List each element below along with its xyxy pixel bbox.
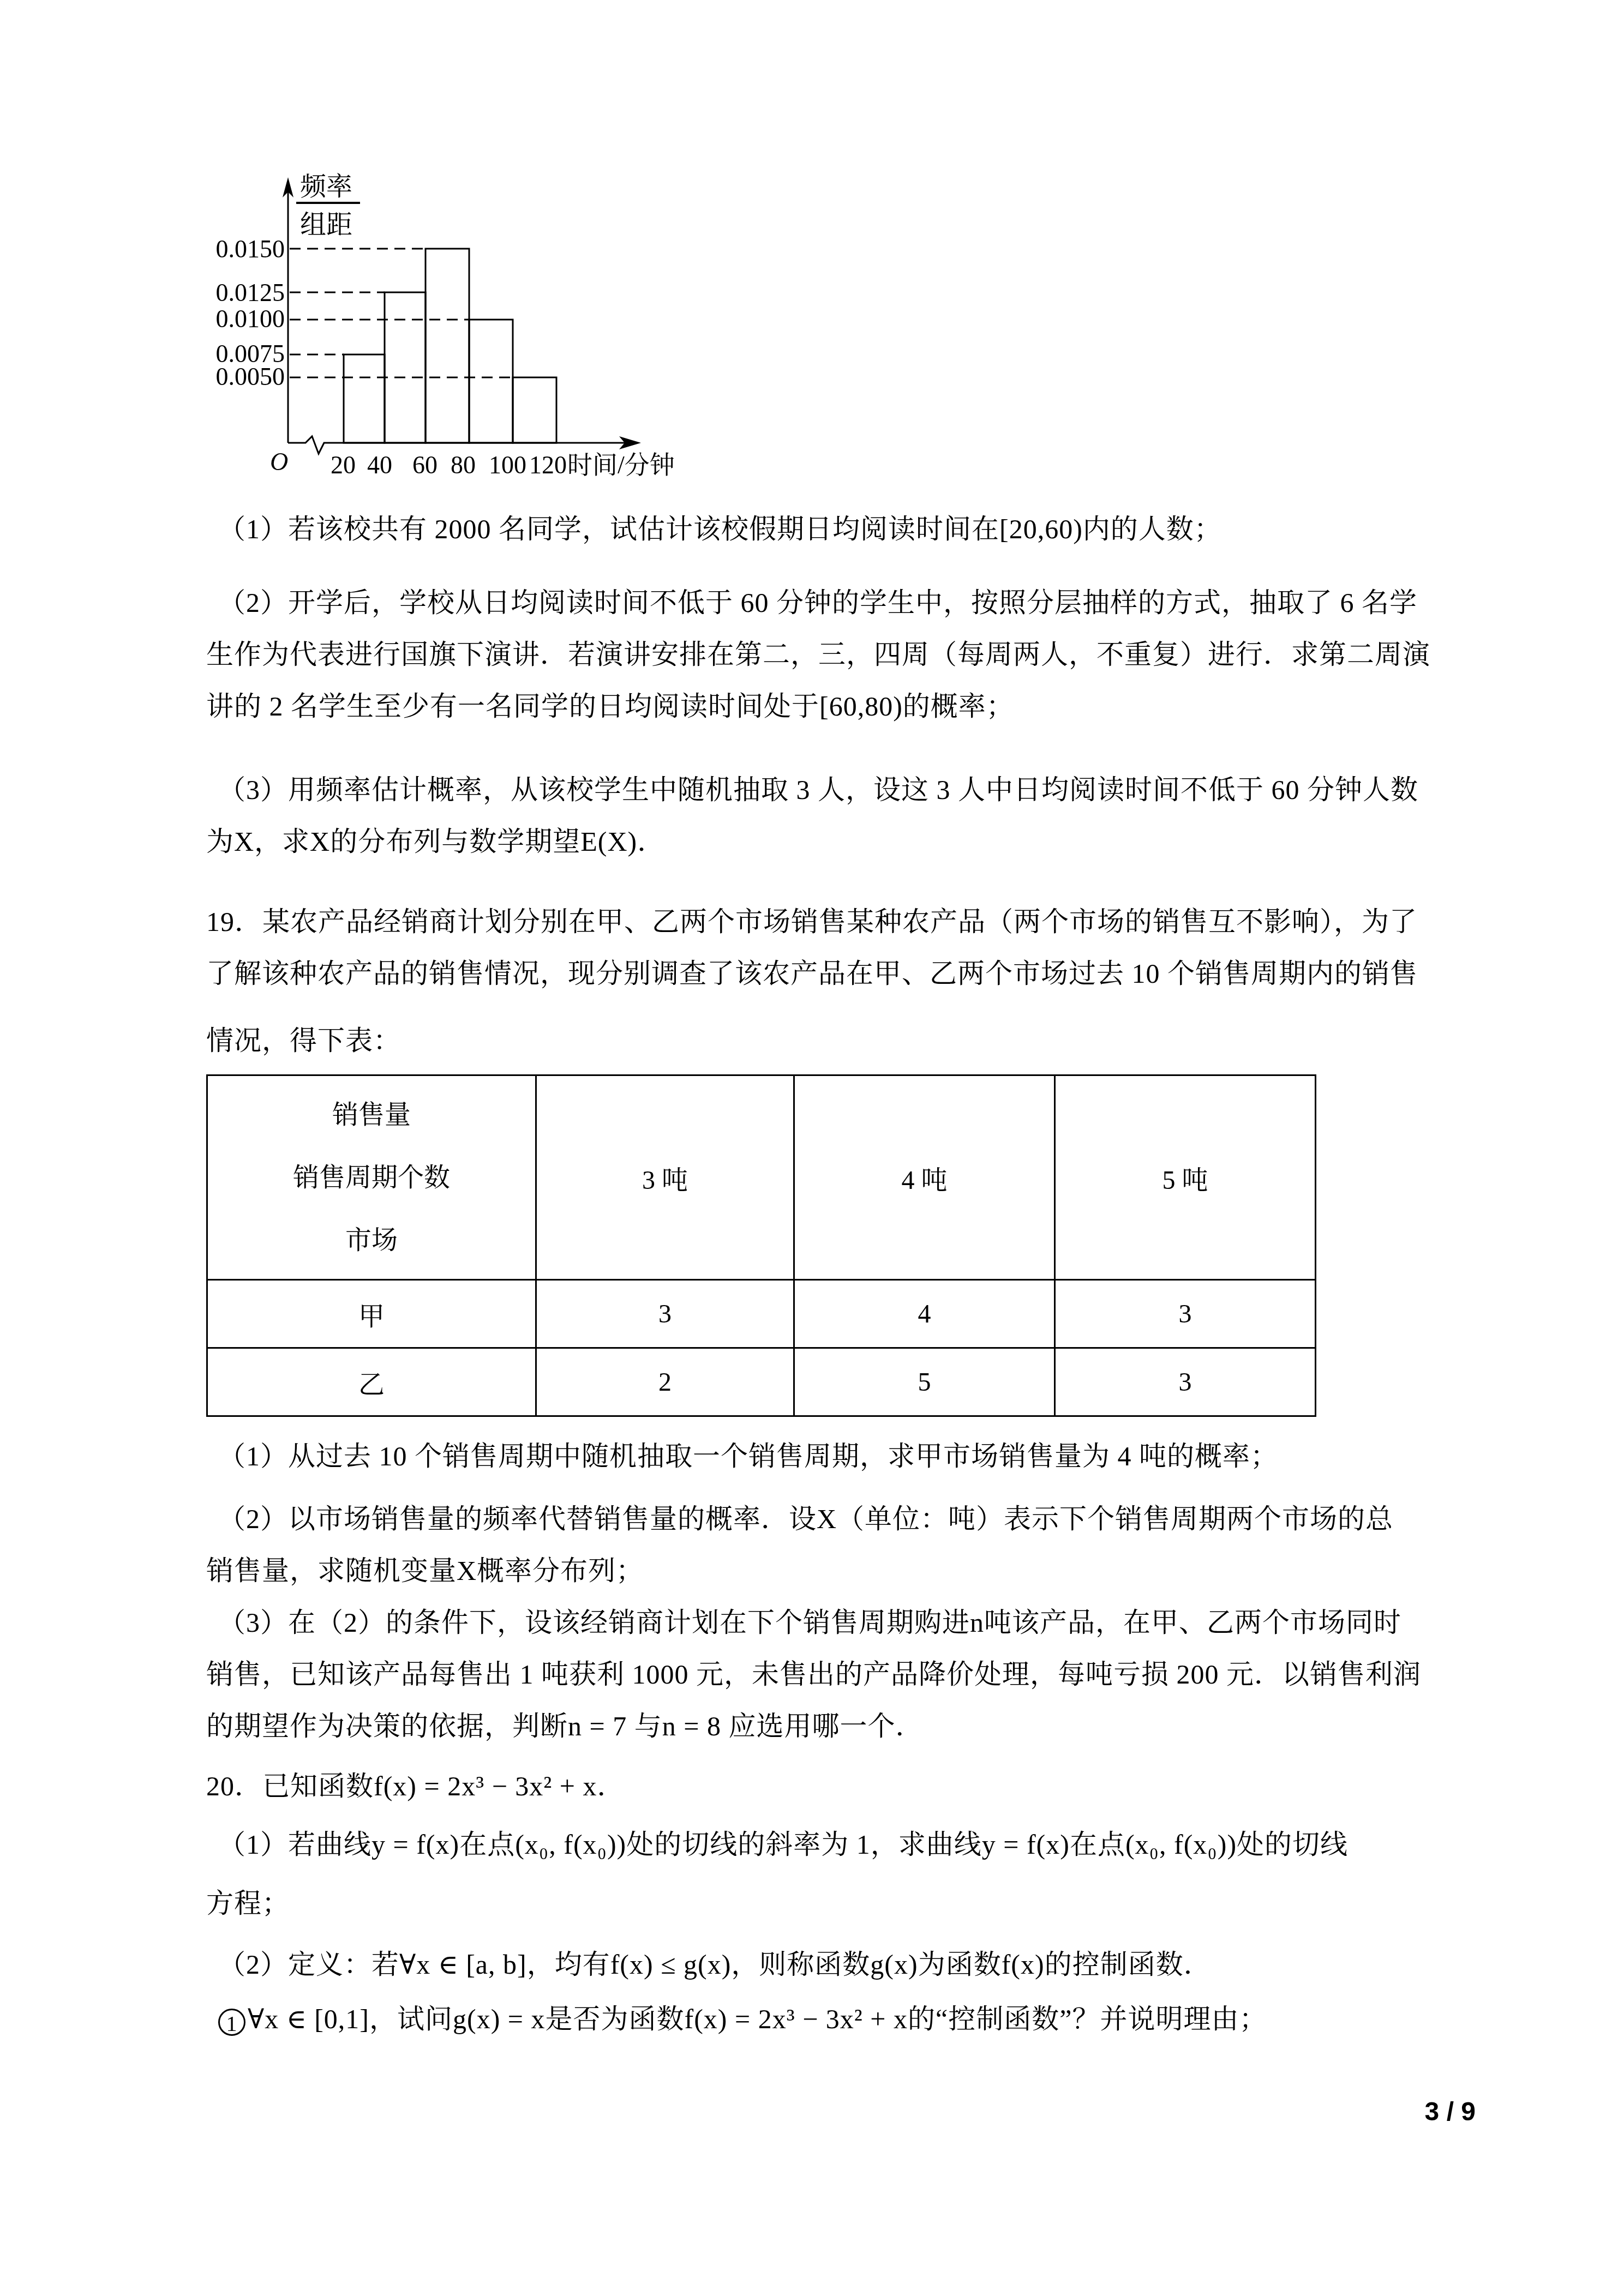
x-tick-100: 100 — [489, 451, 526, 479]
row-label-yi: 乙 — [207, 1348, 536, 1416]
q18-part2-line3: 讲的 2 名学生至少有一名同学的日均阅读时间处于[60,80)的概率； — [206, 690, 1014, 723]
column-header-4t: 4 吨 — [794, 1075, 1055, 1280]
table-diagonal-header: 销售量 销售周期个数 市场 — [207, 1075, 536, 1280]
q18-part3-line1: （3）用频率估计概率，从该校学生中随机抽取 3 人，设这 3 人中日均阅读时间不… — [218, 773, 1418, 806]
column-header-5t: 5 吨 — [1055, 1075, 1316, 1280]
table-header-row: 销售量 销售周期个数 市场 3 吨 4 吨 5 吨 — [207, 1075, 1316, 1280]
bar-100-120 — [513, 377, 556, 443]
origin-label: O — [270, 448, 288, 476]
header-period-count: 销售周期个数 — [208, 1146, 535, 1209]
bar-80-100 — [469, 320, 513, 443]
y-label-numerator: 频率 — [300, 172, 352, 201]
x-tick-40: 40 — [367, 451, 392, 479]
q18-part2-line1: （2）开学后，学校从日均阅读时间不低于 60 分钟的学生中，按照分层抽样的方式，… — [218, 586, 1417, 619]
x-tick-120: 120 — [529, 451, 567, 479]
q20-part1-line2: 方程； — [206, 1887, 290, 1920]
histogram-chart: 频率 组距 0.0150 0.0125 0.0100 0.0075 0.0050… — [185, 158, 731, 485]
table-cell: 3 — [536, 1280, 794, 1348]
table-cell: 3 — [1055, 1280, 1316, 1348]
x-tick-80: 80 — [451, 451, 476, 479]
q19-stem-line1: 19．某农产品经销商计划分别在甲、乙两个市场销售某种农产品（两个市场的销售互不影… — [206, 905, 1417, 938]
x-tick-60: 60 — [412, 451, 438, 479]
q19-part3-line1: （3）在（2）的条件下，设该经销商计划在下个销售周期购进n吨该产品，在甲、乙两个… — [218, 1606, 1401, 1639]
q18-part2-line2: 生作为代表进行国旗下演讲．若演讲安排在第二，三，四周（每周两人，不重复）进行．求… — [206, 638, 1430, 671]
q20-part1-line1: （1）若曲线y = f(x)在点(x₀, f(x₀))处的切线的斜率为 1，求曲… — [218, 1828, 1348, 1861]
y-tick-0150: 0.0150 — [216, 235, 285, 263]
q20-sub1: 1∀x ∈ [0,1]，试问g(x) = x是否为函数f(x) = 2x³ − … — [218, 2003, 1267, 2036]
q19-part2-line2: 销售量，求随机变量X概率分布列； — [206, 1554, 644, 1587]
q18-part1: （1）若该校共有 2000 名同学，试估计该校假期日均阅读时间在[20,60)内… — [218, 513, 1222, 545]
q19-stem-line2: 了解该种农产品的销售情况，现分别调查了该农产品在甲、乙两个市场过去 10 个销售… — [206, 957, 1418, 990]
q19-part1: （1）从过去 10 个销售周期中随机抽取一个销售周期，求甲市场销售量为 4 吨的… — [218, 1440, 1278, 1472]
header-sales-volume: 销售量 — [208, 1084, 535, 1146]
reference-lines — [290, 249, 513, 377]
y-tick-0050: 0.0050 — [216, 363, 285, 390]
page-indicator: 3 / 9 — [1425, 2097, 1476, 2127]
table-cell: 2 — [536, 1348, 794, 1416]
q18-part3-line2: 为X，求X的分布列与数学期望E(X)． — [206, 825, 665, 858]
q19-part2-line1: （2）以市场销售量的频率代替销售量的概率．设X（单位：吨）表示下个销售周期两个市… — [218, 1502, 1393, 1535]
table-cell: 4 — [794, 1280, 1055, 1348]
y-label-denominator: 组距 — [300, 211, 352, 239]
column-header-3t: 3 吨 — [536, 1075, 794, 1280]
bar-40-60 — [385, 292, 426, 443]
x-tick-20: 20 — [331, 451, 356, 479]
row-label-jia: 甲 — [207, 1280, 536, 1348]
sales-table: 销售量 销售周期个数 市场 3 吨 4 吨 5 吨 甲 3 4 3 乙 2 5 … — [206, 1074, 1316, 1417]
table-cell: 5 — [794, 1348, 1055, 1416]
table-cell: 3 — [1055, 1348, 1316, 1416]
circled-number-1: 1 — [218, 2009, 245, 2036]
y-tick-0100: 0.0100 — [216, 305, 285, 333]
bar-20-40 — [344, 354, 385, 443]
y-tick-0125: 0.0125 — [216, 279, 285, 306]
q19-stem-line3: 情况，得下表： — [206, 1024, 401, 1057]
histogram-bars — [344, 249, 556, 443]
bar-60-80 — [426, 249, 469, 443]
q20-sub1-text: ∀x ∈ [0,1]，试问g(x) = x是否为函数f(x) = 2x³ − 3… — [248, 2004, 1267, 2034]
x-axis-label: 时间/分钟 — [567, 451, 675, 479]
q19-part3-line2: 销售，已知该产品每售出 1 吨获利 1000 元，未售出的产品降价处理，每吨亏损… — [206, 1658, 1421, 1691]
q20-stem: 20．已知函数f(x) = 2x³ − 3x² + x． — [206, 1770, 625, 1802]
q20-part2: （2）定义：若∀x ∈ [a, b]，均有f(x) ≤ g(x)，则称函数g(x… — [218, 1948, 1212, 1981]
table-row: 甲 3 4 3 — [207, 1280, 1316, 1348]
table-row: 乙 2 5 3 — [207, 1348, 1316, 1416]
header-market: 市场 — [208, 1209, 535, 1272]
q19-part3-line3: 的期望作为决策的依据，判断n = 7 与n = 8 应选用哪一个． — [206, 1710, 923, 1742]
